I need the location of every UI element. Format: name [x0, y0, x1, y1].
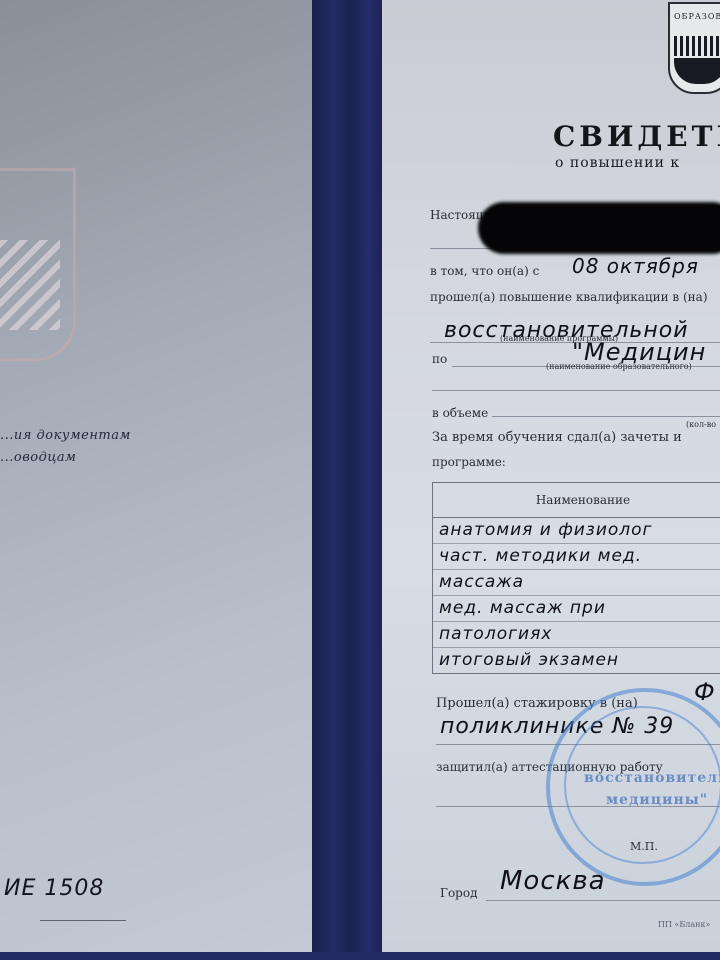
org-prefix: по [432, 352, 447, 366]
table-row: мед. массаж при [433, 596, 720, 622]
city-value: Москва [500, 866, 606, 896]
subjects-table: Наименование анатомия и физиолог част. м… [432, 482, 720, 674]
practice-value-fragment: Ф [694, 678, 716, 706]
volume-label: в объеме [432, 406, 488, 420]
serial-underline [40, 920, 126, 921]
org-rule-2 [432, 390, 720, 391]
volume-rule [492, 416, 720, 417]
emblem-band-text: ОБРАЗОВАНИЕ [674, 12, 720, 26]
left-caption-line-2: ...оводцам [0, 450, 76, 465]
passed-label: прошел(а) повышение квалификации в (на) [430, 290, 708, 304]
print-footer: ПП «Бланк» [658, 920, 710, 929]
study-period-value: 08 октября [572, 254, 699, 278]
table-row: анатомия и физиолог [433, 518, 720, 544]
cover-edge [0, 952, 720, 960]
mp-label: М.П. [630, 840, 658, 853]
emblem-sun-rays [674, 36, 720, 56]
study-period-label: в том, что он(а) с [430, 264, 539, 278]
left-caption-line-1: ...ия документам [0, 428, 131, 443]
city-rule [486, 900, 720, 901]
emblem-book-icon [674, 58, 720, 84]
left-page: ...ия документам ...оводцам ИЕ 1508 [0, 0, 312, 952]
table-row: патологиях [433, 622, 720, 648]
stamp-line-1: восстановительной [584, 770, 720, 786]
redacted-name [478, 202, 720, 254]
org-caption: (наименование образовательного) [546, 362, 692, 371]
subjects-intro-line-2: программе: [432, 455, 506, 469]
emblem-icon: ОБРАЗОВАНИЕ [668, 2, 720, 94]
cover-spine [312, 0, 382, 960]
table-row: итоговый экзамен [433, 648, 720, 673]
volume-caption: (кол-во [686, 420, 716, 429]
certificate-subtitle: о повышении к [555, 155, 680, 171]
table-row: массажа [433, 570, 720, 596]
subjects-intro-line-1: За время обучения сдал(а) зачеты и [432, 430, 682, 445]
subjects-table-header: Наименование [433, 483, 720, 518]
city-label: Город [440, 886, 477, 900]
table-row: част. методики мед. [433, 544, 720, 570]
stamp-line-2: медицины" [606, 792, 708, 808]
serial-number: ИЕ 1508 [4, 876, 104, 901]
certificate-title: СВИДЕТЕ [553, 120, 720, 153]
faded-emblem-rays [0, 240, 60, 330]
